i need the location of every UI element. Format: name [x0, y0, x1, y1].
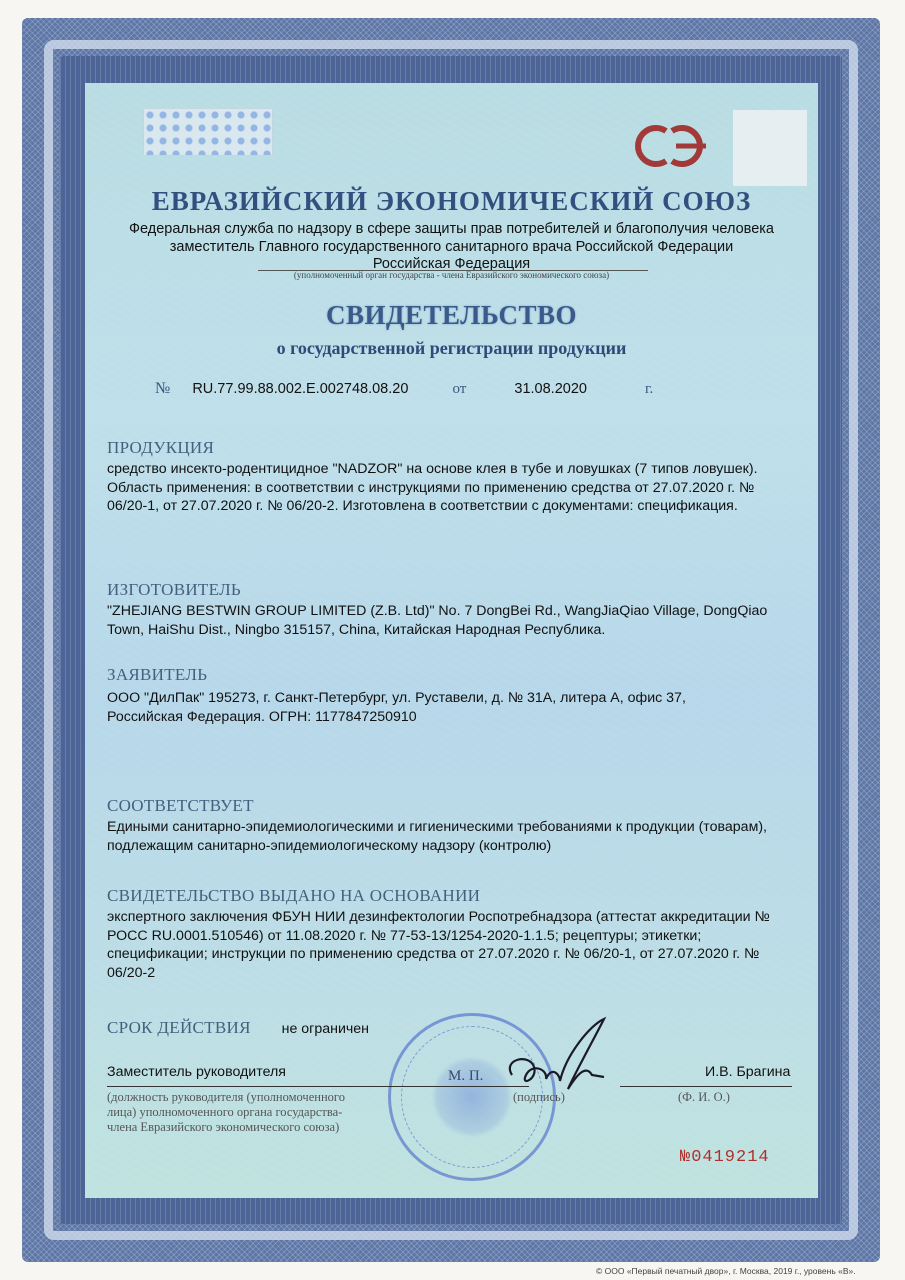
union-title: ЕВРАЗИЙСКИЙ ЭКОНОМИЧЕСКИЙ СОЮЗ: [85, 186, 818, 217]
section-heading: ЗАЯВИТЕЛЬ: [107, 665, 807, 685]
basis-line: спецификации; инструкции по применению с…: [107, 945, 807, 964]
authority-line: Федеральная служба по надзору в сфере за…: [85, 221, 818, 239]
section-validity: СРОК ДЕЙСТВИЯ не ограничен: [107, 1018, 369, 1039]
basis-line: экспертного заключения ФБУН НИИ дезинфек…: [107, 908, 807, 927]
section-manufacturer: ИЗГОТОВИТЕЛЬ "ZHEJIANG BESTWIN GROUP LIM…: [107, 580, 807, 639]
year-suffix: г.: [645, 381, 653, 397]
position-caption-line: (должность руководителя (уполномоченного: [107, 1090, 407, 1105]
number-label: №: [155, 380, 170, 397]
eac-logo-icon: [632, 123, 712, 169]
form-serial-number: №0419214: [680, 1148, 770, 1167]
signature-caption: (подпись): [513, 1090, 565, 1105]
position-caption: (должность руководителя (уполномоченного…: [107, 1090, 407, 1135]
certificate-subtitle: о государственной регистрации продукции: [85, 338, 818, 359]
applicant-line: ООО "ДилПак" 195273, г. Санкт-Петербург,…: [107, 689, 807, 708]
applicant-line: Российская Федерация. ОГРН: 117784725091…: [107, 708, 807, 727]
authority-block: Федеральная служба по надзору в сфере за…: [85, 221, 818, 274]
validity-value: не ограничен: [282, 1021, 369, 1037]
section-applicant: ЗАЯВИТЕЛЬ ООО "ДилПак" 195273, г. Санкт-…: [107, 665, 807, 726]
section-basis: СВИДЕТЕЛЬСТВО ВЫДАНО НА ОСНОВАНИИ экспер…: [107, 886, 807, 982]
registration-row: № RU.77.99.88.002.E.002748.08.20 от 31.0…: [155, 380, 653, 398]
signer-name: И.В. Брагина: [705, 1063, 790, 1082]
certificate-title: СВИДЕТЕЛЬСТВО: [85, 300, 818, 331]
registration-number: RU.77.99.88.002.E.002748.08.20: [192, 381, 408, 397]
section-heading: СРОК ДЕЙСТВИЯ: [107, 1018, 251, 1037]
stamp-mark: М. П.: [448, 1068, 483, 1085]
basis-line: 06/20-2: [107, 964, 807, 983]
section-heading: СООТВЕТСТВУЕТ: [107, 796, 807, 816]
basis-line: РОСС RU.0001.510546) от 11.08.2020 г. № …: [107, 927, 807, 946]
position-caption-line: лица) уполномоченного органа государства…: [107, 1105, 407, 1120]
registration-date: 31.08.2020: [514, 381, 587, 397]
conforms-line: Едиными санитарно-эпидемиологическими и …: [107, 818, 807, 837]
section-conforms: СООТВЕТСТВУЕТ Едиными санитарно-эпидемио…: [107, 796, 807, 855]
manufacturer-line: Town, HaiShu Dist., Ningbo 315157, China…: [107, 621, 807, 640]
product-line: Область применения: в соответствии с инс…: [107, 479, 807, 498]
conforms-line: подлежащим санитарно-эпидемиологическому…: [107, 837, 807, 856]
product-line: 06/20-1, от 27.07.2020 г. № 06/20-2. Изг…: [107, 497, 807, 516]
manufacturer-line: "ZHEJIANG BESTWIN GROUP LIMITED (Z.B. Lt…: [107, 602, 807, 621]
printer-note: © ООО «Первый печатный двор», г. Москва,…: [596, 1266, 856, 1276]
section-product: ПРОДУКЦИЯ средство инсекто-родентицидное…: [107, 438, 807, 516]
authority-caption: (уполномоченный орган государства - член…: [85, 270, 818, 280]
name-caption: (Ф. И. О.): [678, 1090, 730, 1105]
authority-line: заместитель Главного государственного са…: [85, 239, 818, 257]
section-heading: СВИДЕТЕЛЬСТВО ВЫДАНО НА ОСНОВАНИИ: [107, 886, 807, 906]
name-line: [620, 1086, 792, 1087]
date-label: от: [452, 381, 466, 397]
position-caption-line: члена Евразийского экономического союза): [107, 1120, 407, 1135]
section-heading: ПРОДУКЦИЯ: [107, 438, 807, 458]
position-line: [107, 1086, 529, 1087]
product-line: средство инсекто-родентицидное "NADZOR" …: [107, 460, 807, 479]
signer-position: Заместитель руководителя: [107, 1063, 286, 1082]
hologram-icon: [143, 108, 273, 156]
watermark-square: [733, 110, 807, 186]
section-heading: ИЗГОТОВИТЕЛЬ: [107, 580, 807, 600]
